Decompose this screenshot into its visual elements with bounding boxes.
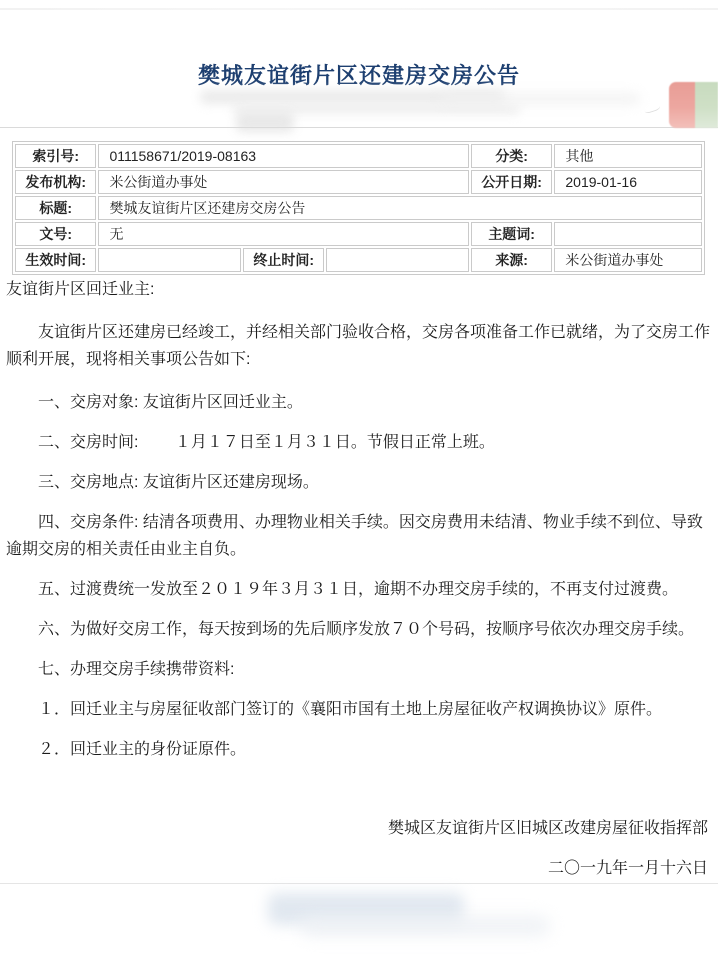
meta-row-dates: 生效时间: 终止时间: 来源: 米公街道办事处 — [15, 248, 702, 272]
title-value: 樊城友谊街片区还建房交房公告 — [98, 196, 702, 220]
item-1-object: 一、交房对象: 友谊街片区回迁业主。 — [6, 389, 712, 416]
metadata-table: 索引号: 011158671/2019-08163 分类: 其他 发布机构: 米… — [12, 141, 705, 275]
item-7-materials: 七、办理交房手续携带资料: — [6, 656, 712, 683]
category-value: 其他 — [554, 144, 702, 168]
redacted-blur — [236, 112, 294, 132]
salutation: 友谊街片区回迁业主: — [6, 276, 712, 303]
meta-row-docno: 文号: 无 主题词: — [15, 222, 702, 246]
title-label: 标题: — [15, 196, 96, 220]
doc-no-value: 无 — [98, 222, 469, 246]
page-top-edge — [0, 8, 718, 10]
material-2: ２．回迁业主的身份证原件。 — [6, 736, 712, 763]
index-value: 011158671/2019-08163 — [98, 144, 469, 168]
cropped-image-fragment — [669, 82, 718, 128]
intro-paragraph: 友谊街片区还建房已经竣工，并经相关部门验收合格，交房各项准备工作已就绪，为了交房… — [6, 319, 712, 373]
red-block — [669, 82, 695, 128]
meta-row-title: 标题: 樊城友谊街片区还建房交房公告 — [15, 196, 702, 220]
source-label: 来源: — [471, 248, 552, 272]
bottom-divider — [0, 883, 718, 884]
material-1: １．回迁业主与房屋征收部门签订的《襄阳市国有土地上房屋征收产权调换协议》原件。 — [6, 696, 712, 723]
expiry-value — [326, 248, 469, 272]
doc-no-label: 文号: — [15, 222, 96, 246]
green-block — [695, 82, 718, 128]
topic-value — [554, 222, 702, 246]
signature-block: 樊城区友谊街片区旧城区改建房屋征收指挥部 二〇一九年一月十六日 — [6, 815, 712, 882]
publish-date-label: 公开日期: — [471, 170, 552, 194]
effective-value — [98, 248, 241, 272]
page-title: 樊城友谊街片区还建房交房公告 — [0, 59, 718, 90]
bottom-blurred-stamp-fade — [300, 916, 550, 936]
redacted-blur — [440, 94, 640, 104]
pen-smudge-mark — [643, 102, 661, 115]
expiry-label: 终止时间: — [243, 248, 324, 272]
signature-date: 二〇一九年一月十六日 — [6, 855, 708, 882]
meta-row-agency: 发布机构: 米公街道办事处 公开日期: 2019-01-16 — [15, 170, 702, 194]
signature-org: 樊城区友谊街片区旧城区改建房屋征收指挥部 — [6, 815, 708, 842]
item-4-conditions: 四、交房条件: 结清各项费用、办理物业相关手续。因交房费用未结清、物业手续不到位… — [6, 509, 712, 563]
header-divider — [0, 127, 718, 128]
topic-label: 主题词: — [471, 222, 552, 246]
index-label: 索引号: — [15, 144, 96, 168]
category-label: 分类: — [471, 144, 552, 168]
item-3-location: 三、交房地点: 友谊街片区还建房现场。 — [6, 469, 712, 496]
item-2-time: 二、交房时间: １月１７日至１月３１日。节假日正常上班。 — [6, 429, 712, 456]
source-value: 米公街道办事处 — [554, 248, 702, 272]
item-6-queue: 六、为做好交房工作，每天按到场的先后顺序发放７０个号码，按顺序号依次办理交房手续… — [6, 616, 712, 643]
document-page: { "page": { "title": "樊城友谊街片区还建房交房公告" },… — [0, 0, 718, 957]
agency-value: 米公街道办事处 — [98, 170, 469, 194]
notice-body: 友谊街片区回迁业主: 友谊街片区还建房已经竣工，并经相关部门验收合格，交房各项准… — [6, 276, 712, 895]
publish-date-value: 2019-01-16 — [554, 170, 702, 194]
effective-label: 生效时间: — [15, 248, 96, 272]
agency-label: 发布机构: — [15, 170, 96, 194]
item-5-fee: 五、过渡费统一发放至２０１９年３月３１日，逾期不办理交房手续的，不再支付过渡费。 — [6, 576, 712, 603]
meta-row-index: 索引号: 011158671/2019-08163 分类: 其他 — [15, 144, 702, 168]
